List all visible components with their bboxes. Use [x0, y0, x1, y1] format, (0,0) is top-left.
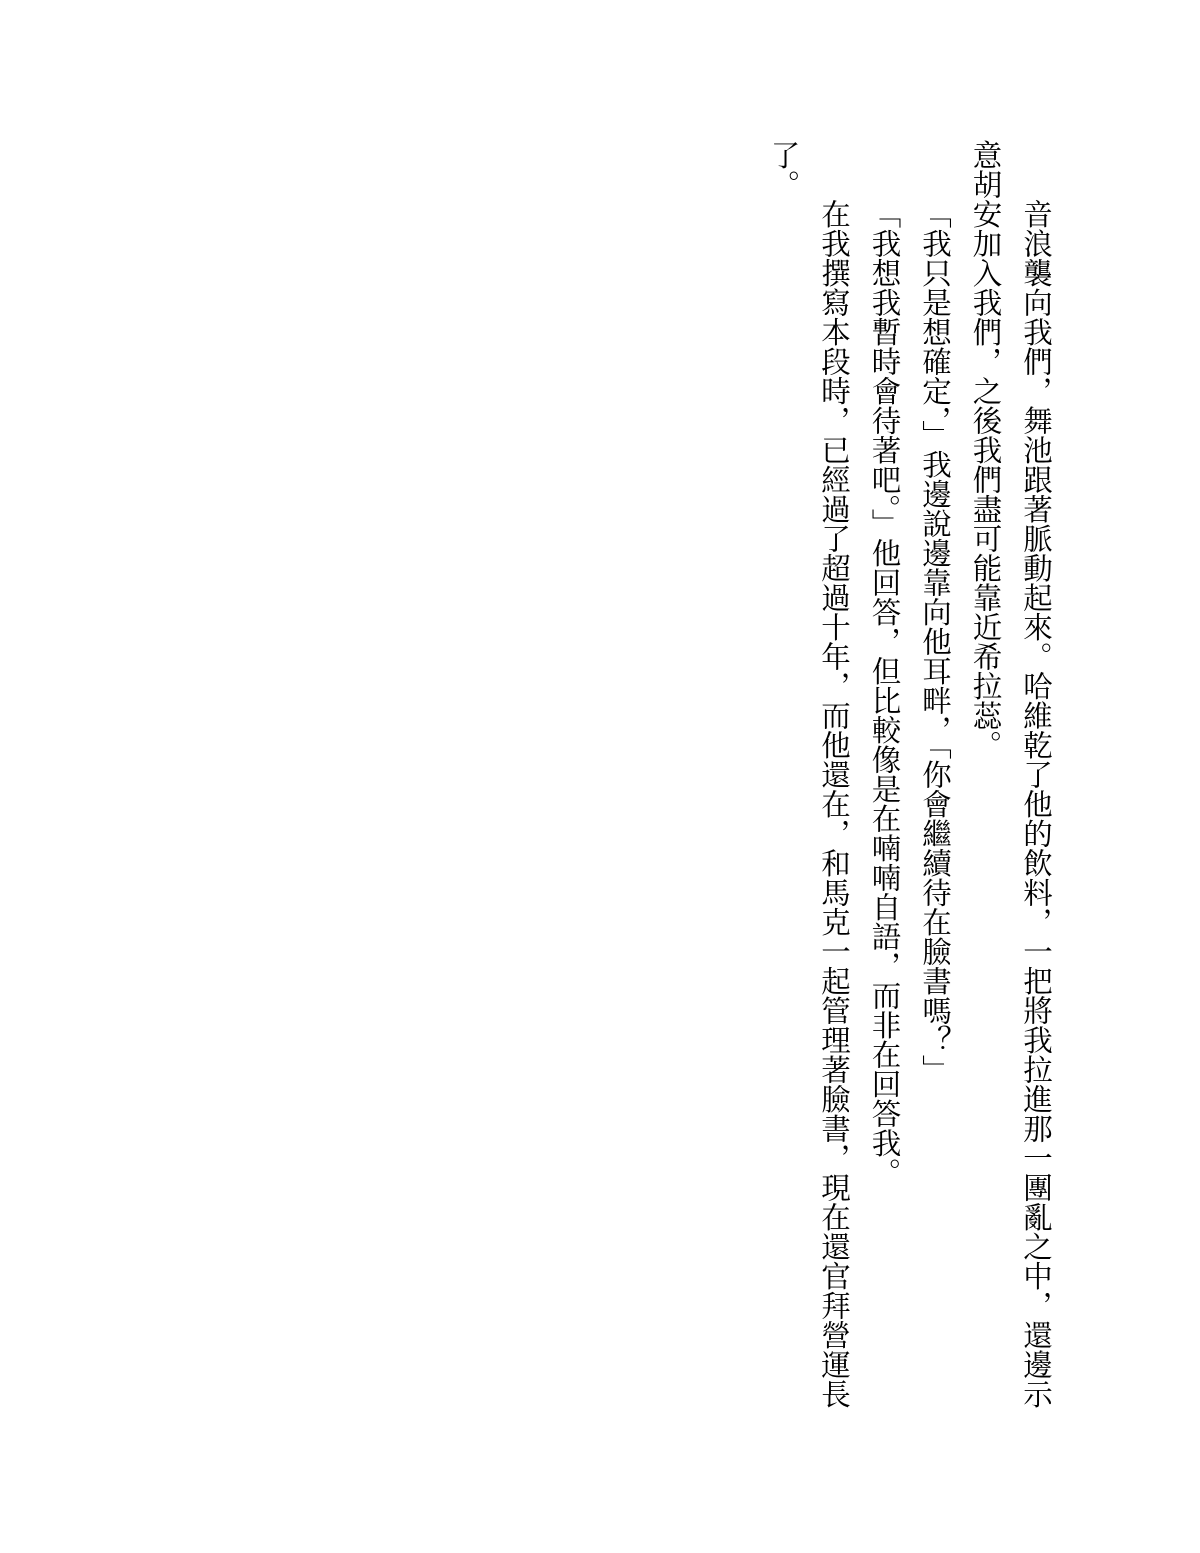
vertical-text-block: 音浪襲向我們，舞池跟著脈動起來。哈維乾了他的飲料，一把將我拉進那一團亂之中，還邊…	[757, 140, 1060, 1410]
paragraph-2: 「我只是想確定，」我邊說邊靠向他耳畔，「你會繼續待在臉書嗎？」	[909, 140, 960, 1410]
paragraph-4: 在我撰寫本段時，已經過了超過十年，而他還在，和馬克一起管理著臉書，現在還官拜營運…	[757, 140, 858, 1410]
paragraph-3: 「我想我暫時會待著吧。」他回答，但比較像是在喃喃自語，而非在回答我。	[858, 140, 909, 1410]
paragraph-1: 音浪襲向我們，舞池跟著脈動起來。哈維乾了他的飲料，一把將我拉進那一團亂之中，還邊…	[959, 140, 1060, 1410]
book-page: 音浪襲向我們，舞池跟著脈動起來。哈維乾了他的飲料，一把將我拉進那一團亂之中，還邊…	[0, 0, 1200, 1553]
